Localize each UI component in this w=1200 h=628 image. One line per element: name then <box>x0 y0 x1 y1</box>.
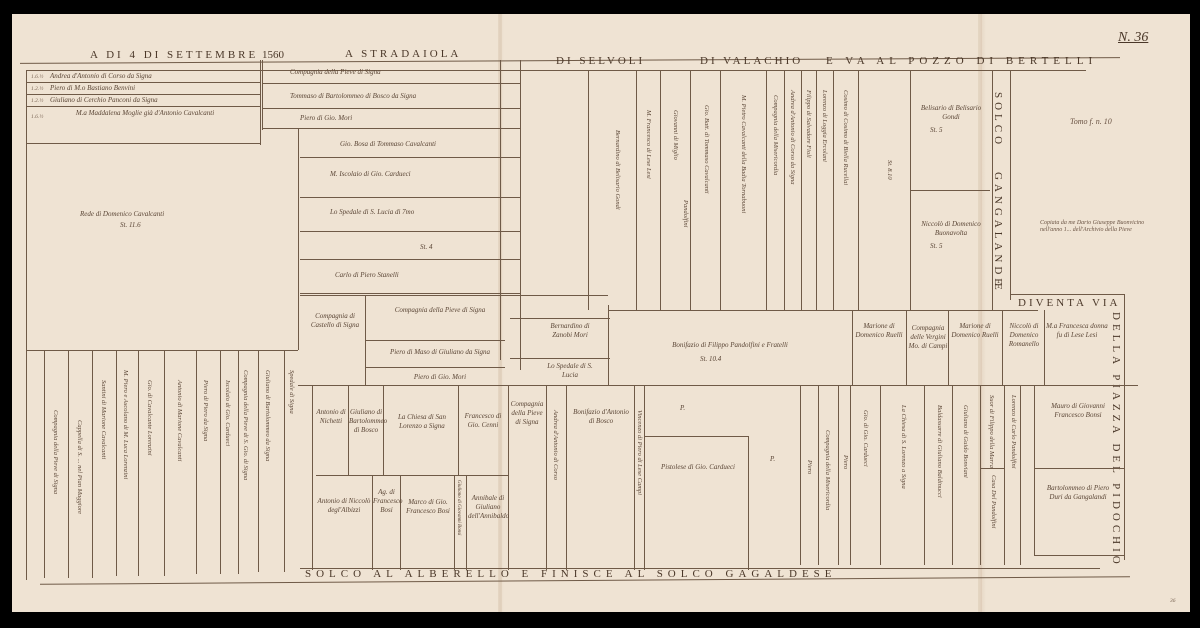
road-label-valachio: DI VALACHIO <box>700 55 803 67</box>
boundary <box>298 385 1138 386</box>
boundary <box>816 70 817 310</box>
parcel-label: Filippo di Salvadore Fioli <box>805 90 812 158</box>
road-edge-right-outer <box>1124 295 1125 560</box>
boundary <box>1034 385 1035 555</box>
road-label-pozzo: E VA AL POZZO DI BERTELLI <box>826 55 1097 67</box>
parcel-label: Giuliano di Bartolommeo di Bosco <box>349 408 383 435</box>
boundary <box>644 436 748 437</box>
boundary <box>196 350 197 574</box>
parcel-label: Pandolfini <box>682 200 689 227</box>
measure: 1.6.½ <box>31 114 43 120</box>
boundary <box>720 70 721 310</box>
parcel-label: Piero di Maso di Giuliano da Signa <box>380 348 500 357</box>
boundary <box>520 60 521 370</box>
boundary <box>1034 468 1124 469</box>
boundary <box>365 340 505 341</box>
parcel-label: Antonio di Marione Cavalcanti <box>176 380 183 461</box>
parcel-label: Andrea d'Antonio di Corso da Signa <box>789 90 796 185</box>
boundary <box>1002 310 1003 385</box>
parcel-label: Bartolommeo di Piero Duri da Gangalandi <box>1040 484 1116 502</box>
boundary <box>636 70 637 310</box>
parcel-label: Gio. di Gio. Cardueci <box>862 410 869 467</box>
boundary <box>26 106 260 107</box>
parcel-label: Compagnia di Castello di Signa <box>308 312 362 330</box>
parcel-measure: St. 5 <box>930 242 942 251</box>
road-label-gangalande: GANGALANDE <box>992 172 1004 289</box>
boundary <box>298 128 299 350</box>
boundary <box>644 385 645 570</box>
parcel-label: Giuliano di Giovanni Bonsi <box>456 480 461 535</box>
road-edge <box>1010 294 1125 295</box>
boundary <box>116 350 117 576</box>
boundary <box>838 385 839 565</box>
parcel-measure: St. 8.10 <box>886 160 893 180</box>
boundary <box>833 70 834 310</box>
road-label-selvoli: DI SELVOLI <box>556 55 645 67</box>
parcel-label: Compagnia delle Vergini Mo. di Campi <box>908 324 948 351</box>
boundary <box>262 83 520 84</box>
parcel-label: Gio. di Cavalcante Lorenzini <box>146 380 153 456</box>
parcel-measure: St. 10.4 <box>700 355 721 364</box>
parcel-label: Marione di Domenico Ruelli <box>854 322 904 340</box>
map-sheet <box>12 14 1190 612</box>
boundary <box>510 358 610 359</box>
boundary <box>980 468 1004 469</box>
parcel-label: Annibale di Giuliano dell'Annibaldo <box>468 494 508 521</box>
parcel-label: M. Piero e Ascolano di M. Luca Lorenzini <box>122 370 129 479</box>
boundary <box>300 231 520 232</box>
boundary <box>500 60 501 360</box>
parcel-label: Marione di Domenico Ruelli <box>950 322 1000 340</box>
boundary <box>300 197 520 198</box>
parcel-label: Bonifazio d'Antonio di Bosco <box>570 408 632 426</box>
boundary <box>44 350 45 578</box>
parcel-label: Cosimo di Cosimo di Biella Rucellai <box>842 90 849 185</box>
parcel-label: Lo Spedale di S. Lucia <box>540 362 600 380</box>
boundary <box>92 350 93 578</box>
boundary <box>26 82 260 83</box>
road-label-piazza: DELLA PIAZZA DEL PIDOCHIO <box>1110 312 1122 568</box>
parcel-label: Giuliano di Cerchio Panconi da Signa <box>50 96 158 105</box>
parcel-label: Piero di Gio. Mori <box>300 114 352 123</box>
parcel-label: Mauro di Giovanni Francesco Bonsi <box>1040 402 1116 420</box>
boundary <box>588 70 589 310</box>
parcel-label: Compagnia della Pieve di Signa <box>290 68 381 77</box>
parcel-measure: St. 5 <box>930 126 942 135</box>
corner-mark: 36 <box>1170 598 1176 604</box>
parcel-label: Lorenzo di Loggia Ercolani <box>821 90 828 162</box>
parcel-label: Gio. Batt. di Tommaso Cavalcanti <box>703 105 710 194</box>
parcel-label: Compagnia della Pieve di Signa <box>52 410 59 494</box>
boundary <box>26 70 27 580</box>
parcel-label: Santini di Marione Cavalcanti <box>100 380 107 459</box>
road-label-stradaiola: A STRADAIOLA <box>345 48 461 60</box>
parcel-label: Compagnia della Pieve di Signa <box>380 306 500 315</box>
parcel-label: Piero <box>806 460 813 474</box>
sheet-number: N. 36 <box>1118 30 1148 46</box>
boundary <box>566 385 567 570</box>
boundary <box>26 94 260 95</box>
boundary <box>850 385 851 565</box>
boundary <box>1044 310 1045 385</box>
parcel-label: Rede di Domenico Cavalcanti <box>80 210 164 219</box>
parcel-label: Bernardino di Zanobi Mori <box>540 322 600 340</box>
boundary <box>546 385 547 570</box>
parcel-label: Antonio di Nichetti <box>314 408 348 426</box>
measure: 1.6.½ <box>31 74 43 80</box>
boundary <box>766 70 767 310</box>
road-label-solco: SOLCO <box>992 92 1004 148</box>
road-label-top-1: A DI 4 DI SETTEMBRE <box>90 49 258 61</box>
parcel-label: Cappella di S. ... nel Pian Maggiore <box>76 420 83 514</box>
parcel-label: Piero di M.o Bastiano Benvini <box>50 84 135 93</box>
boundary <box>800 385 801 565</box>
parcel-label: Carlo di Piero Stanelli <box>335 271 399 280</box>
measure: 1.2.½ <box>31 98 43 104</box>
parcel-label: Compagnia della Pieve di Signa <box>510 400 544 427</box>
boundary <box>454 475 455 570</box>
parcel-label: Bonifazio di Filippo Pandolfini e Fratel… <box>640 341 820 350</box>
boundary <box>26 143 260 144</box>
parcel-label: Piero di Piero da Signa <box>202 380 209 441</box>
boundary <box>1034 555 1124 556</box>
boundary <box>880 385 881 565</box>
boundary <box>1020 385 1021 565</box>
parcel-label: Francesco di Gio. Cenni <box>460 412 506 430</box>
parcel-label: Niccolò di Domenico Romanello <box>1004 322 1044 349</box>
boundary <box>952 385 953 565</box>
boundary <box>300 157 520 158</box>
boundary <box>262 60 263 130</box>
parcel-label: Baldassarre di Giuliano Baldinucci <box>936 405 943 498</box>
parcel-label: Piero di Gio. Mori <box>380 373 500 382</box>
parcel-label: Pistolese di Gio. Cardueci <box>656 463 740 472</box>
copy-note: Copiata da me Dario Giuseppe Buonvicino … <box>1040 220 1160 234</box>
parcel-label: M.a Maddalena Moglie già d'Antonio Caval… <box>50 109 240 118</box>
parcel-label: Niccolò di Domenico Buonavolta <box>914 220 988 238</box>
boundary <box>948 310 949 385</box>
parcel-label: Tommaso di Bartolommeo di Bosco da Signa <box>290 92 416 101</box>
parcel-label: Bernardino di Belisario Gondi <box>614 130 621 210</box>
road-edge-top-inner <box>26 70 1086 71</box>
parcel-label: Suor di Filippo della Marra <box>988 395 995 468</box>
parcel-measure: St. 4 <box>420 243 432 252</box>
boundary <box>68 350 69 578</box>
boundary <box>906 310 907 385</box>
parcel-label: Spedale di Signa <box>288 370 295 414</box>
road-label-bottom: SOLCO AL ALBERELLO E FINISCE AL SOLCO GA… <box>305 568 837 580</box>
boundary <box>316 475 508 476</box>
parcel-label: Giovanni di Miglio <box>672 110 679 160</box>
parcel-label: Compagnia della Pieve di S. Gio. di Sign… <box>242 370 249 480</box>
parcel-label: P. <box>680 404 685 413</box>
boundary <box>300 295 608 296</box>
road-label-diventa: DIVENTA VIA <box>1018 297 1121 309</box>
road-label-e: E <box>992 283 1004 294</box>
boundary <box>608 310 1038 311</box>
parcel-label: Giuliano di Guido Bonviani <box>962 405 969 478</box>
parcel-label: Compagnia della Misericordia <box>824 430 831 510</box>
boundary <box>510 318 610 319</box>
boundary <box>284 350 285 572</box>
parcel-label: Andrea d'Antonio di Corso da Signa <box>50 72 152 81</box>
boundary <box>238 350 239 574</box>
boundary <box>312 385 313 570</box>
boundary <box>260 60 261 145</box>
parcel-label: Ag. di Francesco Bosi <box>373 488 400 515</box>
boundary <box>300 259 520 260</box>
parcel-label: Antonio di Niccolò degl'Albizzi <box>316 497 372 515</box>
parcel-label: La Chiesa di S. Lorenzo a Signa <box>900 405 907 489</box>
boundary <box>690 70 691 310</box>
parcel-label: Gio. Bosa di Tommaso Cavalcanti <box>340 140 436 149</box>
boundary <box>634 385 635 570</box>
boundary <box>466 475 467 570</box>
parcel-label: Piero <box>842 455 849 469</box>
boundary <box>508 385 509 570</box>
parcel-label: M. Iscolaio di Gio. Cardueci <box>330 170 411 179</box>
parcel-label: Casa Del Pandolfini <box>990 475 997 528</box>
boundary <box>138 350 139 576</box>
parcel-label: M.a Francesca donna fu di Lese Lesi <box>1046 322 1108 340</box>
boundary <box>1004 385 1005 565</box>
boundary <box>458 385 459 475</box>
archive-note: Tomo f. n. 10 <box>1070 118 1112 125</box>
boundary <box>818 385 819 565</box>
parcel-label: Lo Spedale di S. Lucia di 7mo <box>330 208 414 217</box>
parcel-label: Belisario di Belisario Gondi <box>914 104 988 122</box>
boundary <box>784 70 785 310</box>
boundary <box>365 367 505 368</box>
parcel-label: Andrea d'Antonio di Corso <box>552 410 559 480</box>
measure: 1.2.½ <box>31 86 43 92</box>
boundary <box>608 305 609 385</box>
parcel-label: Vincenzo di Piero di Lese Campi <box>636 410 643 495</box>
boundary <box>262 128 520 129</box>
boundary <box>164 350 165 576</box>
parcel-measure: St. 11.6 <box>120 221 141 230</box>
parcel-label: Compagnia della Misericordia <box>772 95 779 175</box>
boundary <box>858 70 859 310</box>
boundary <box>220 350 221 574</box>
road-edge-right <box>1010 70 1011 300</box>
parcel-label: Lorenzo di Carlo Pandolfini <box>1010 395 1017 469</box>
boundary <box>300 293 520 294</box>
parcel-label: M. Francesco di Lese Lesi <box>645 110 652 179</box>
parcel-label: Giuliano di Bartolommeo da Signa <box>264 370 271 461</box>
boundary <box>660 70 661 310</box>
road-label-year: 1560 <box>262 49 284 61</box>
boundary <box>262 108 520 109</box>
boundary <box>801 70 802 310</box>
boundary <box>852 310 853 385</box>
parcel-label: M. Pietro Cavalcanti della Badia Tornabu… <box>740 95 747 213</box>
boundary <box>910 190 990 191</box>
parcel-label: Iscolaio di Gio. Cardueci <box>224 380 231 446</box>
boundary <box>400 475 401 570</box>
parcel-label: La Chiesa di San Lorenzo a Signa <box>388 413 456 431</box>
boundary <box>748 436 749 570</box>
parcel-label: Marco di Gio. Francesco Bosi <box>402 498 454 516</box>
boundary <box>980 385 981 565</box>
boundary <box>924 385 925 565</box>
boundary <box>258 350 259 572</box>
boundary <box>383 385 384 475</box>
parcel-label: P. <box>770 455 775 464</box>
